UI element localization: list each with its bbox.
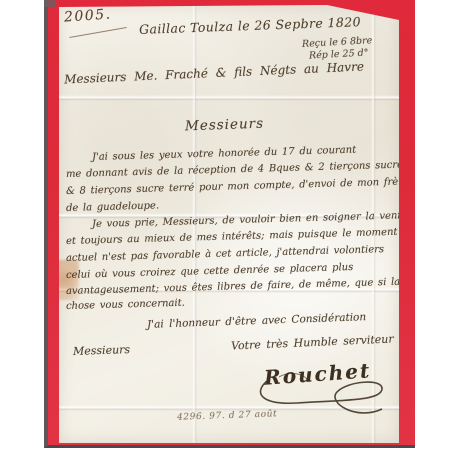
mat-corner-shadow: [44, 0, 56, 7]
inventory-number: 2005.: [63, 6, 112, 25]
body-para2-line5: avantageusement; vous êtes libres de fai…: [66, 277, 400, 297]
body-para2-line6: chose vous concernait.: [66, 298, 185, 312]
page-background: { "photo": { "mat_color": "#dd2b3a", "pa…: [0, 0, 450, 450]
address-line: Messieurs Me. Fraché & fils Négts au Hav…: [64, 59, 364, 86]
body-para2-line3: actuel n'est pas favorable à cet article…: [66, 244, 384, 264]
fold-crease-horizontal-1: [59, 95, 399, 101]
closing-messieurs: Messieurs: [73, 343, 131, 358]
letter-paper: 2005. Gaillac Toulza le 26 Sepbre 1820 R…: [59, 5, 399, 443]
letter-photo-mat: 2005. Gaillac Toulza le 26 Sepbre 1820 R…: [44, 0, 415, 448]
closing-servant-line: Votre très Humble serviteur: [231, 332, 394, 352]
salutation: Messieurs: [185, 116, 265, 135]
body-para1-line1: J'ai sous les yeux votre honorée du 17 d…: [92, 145, 356, 163]
closing-formula: J'ai l'honneur d'être avec Considération: [147, 311, 367, 331]
body-para1-line3: & 8 tierçons sucre terré pour mon compte…: [66, 176, 409, 197]
inventory-underline-stroke: [69, 27, 126, 38]
letter-dateline: Gaillac Toulza le 26 Sepbre 1820: [139, 14, 361, 37]
body-para1-line4: de la guadeloupe.: [66, 200, 159, 214]
signature-flourish-icon: [249, 367, 399, 429]
body-para2-line4: celui où vous croirez que cette denrée s…: [66, 262, 354, 281]
body-para2-line2: et toujours au mieux de mes intérêts; ma…: [66, 227, 398, 247]
